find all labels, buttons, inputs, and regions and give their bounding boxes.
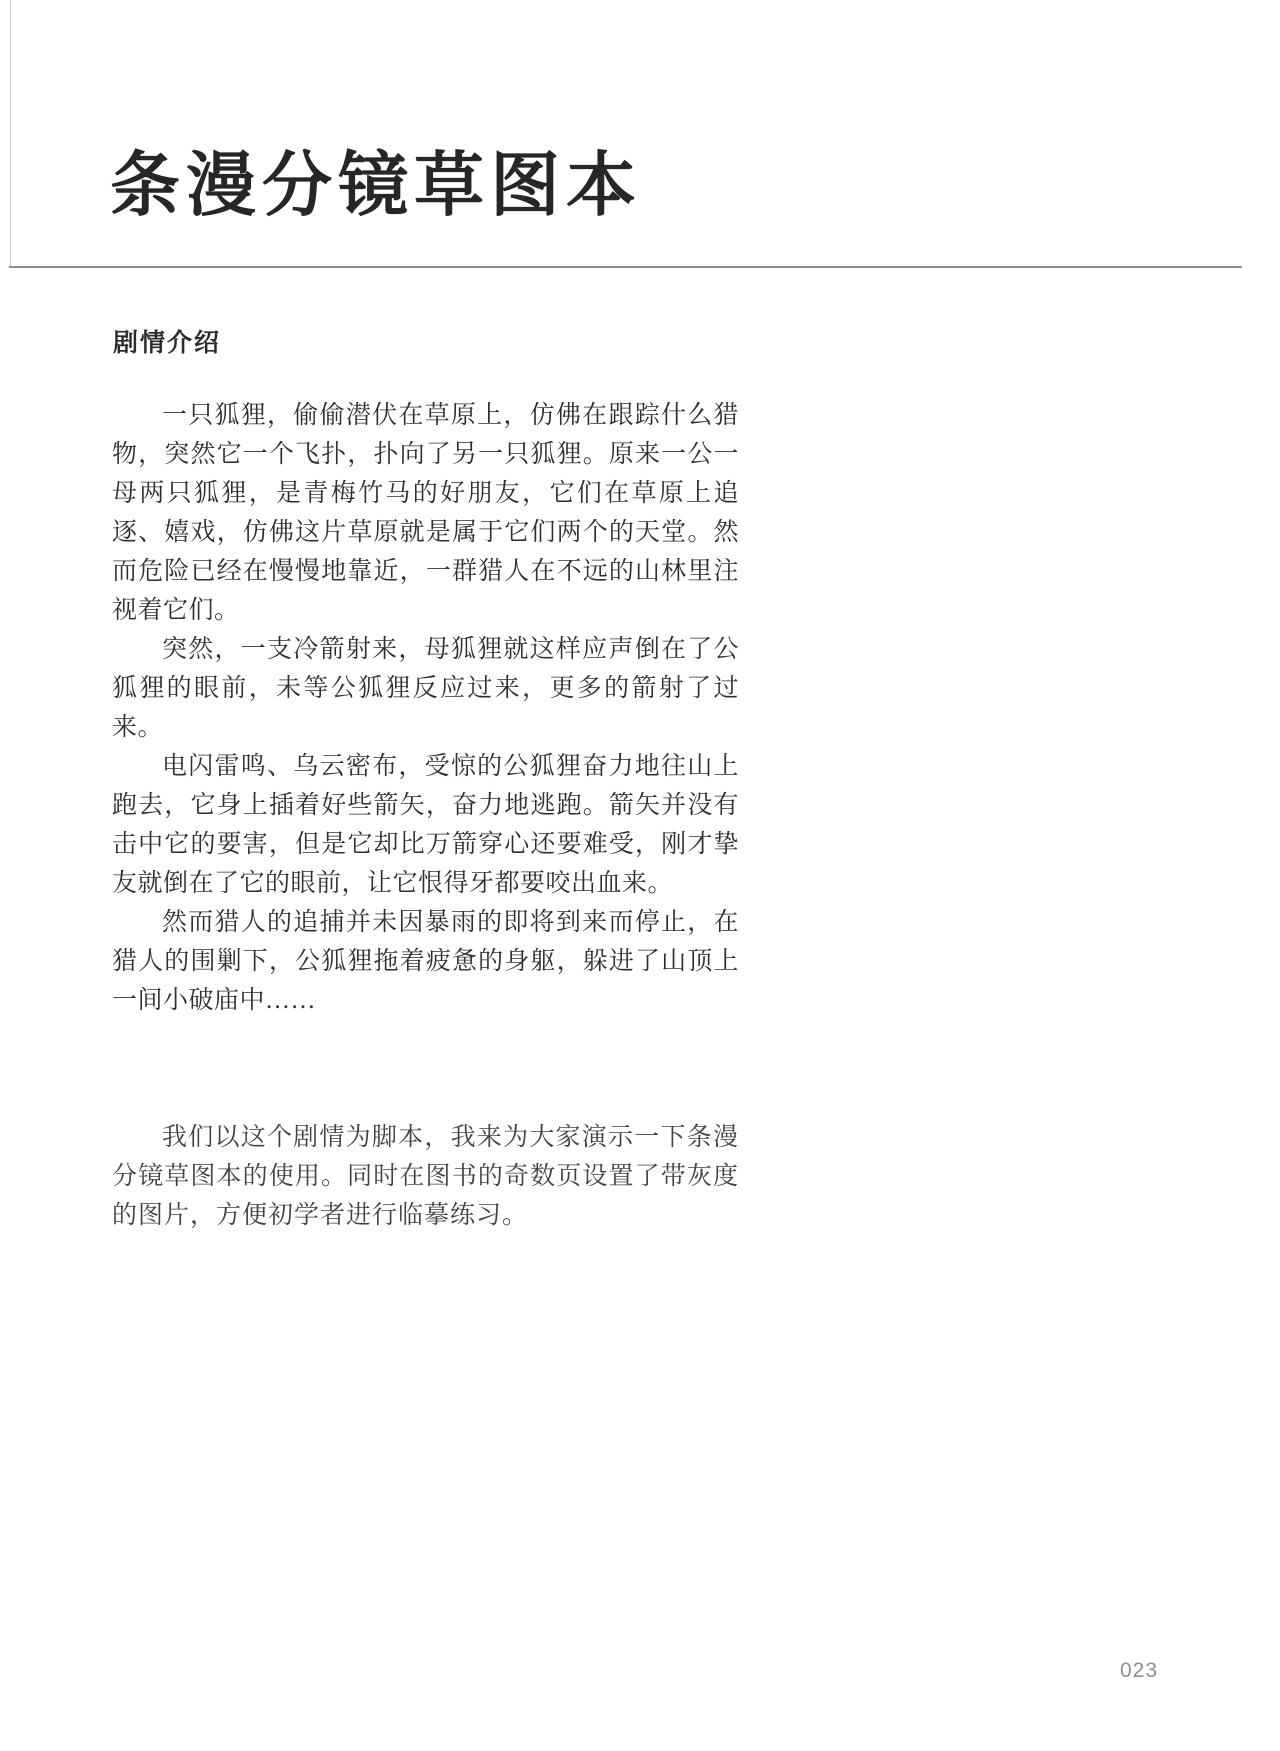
- story-paragraph-4: 然而猎人的追捕并未因暴雨的即将到来而停止，在猎人的围剿下，公狐狸拖着疲惫的身躯，…: [112, 903, 739, 1020]
- section-heading: 剧情介绍: [113, 328, 221, 360]
- page-title: 条漫分镜草图本: [110, 143, 642, 231]
- story-paragraph-3: 电闪雷鸣、乌云密布，受惊的公狐狸奋力地往山上跑去，它身上插着好些箭矢，奋力地逃跑…: [112, 747, 739, 903]
- title-divider: [9, 266, 1242, 268]
- story-paragraph-2: 突然，一支冷箭射来，母狐狸就这样应声倒在了公狐狸的眼前，未等公狐狸反应过来，更多…: [112, 630, 739, 747]
- story-text-column: 一只狐狸，偷偷潜伏在草原上，仿佛在跟踪什么猎物，突然它一个飞扑，扑向了另一只狐狸…: [112, 396, 739, 1235]
- note-paragraph: 我们以这个剧情为脚本，我来为大家演示一下条漫分镜草图本的使用。同时在图书的奇数页…: [112, 1118, 739, 1235]
- story-paragraph-1: 一只狐狸，偷偷潜伏在草原上，仿佛在跟踪什么猎物，突然它一个飞扑，扑向了另一只狐狸…: [112, 396, 739, 630]
- page-number: 023: [1120, 1658, 1158, 1684]
- page-edge-hairline: [10, 0, 11, 267]
